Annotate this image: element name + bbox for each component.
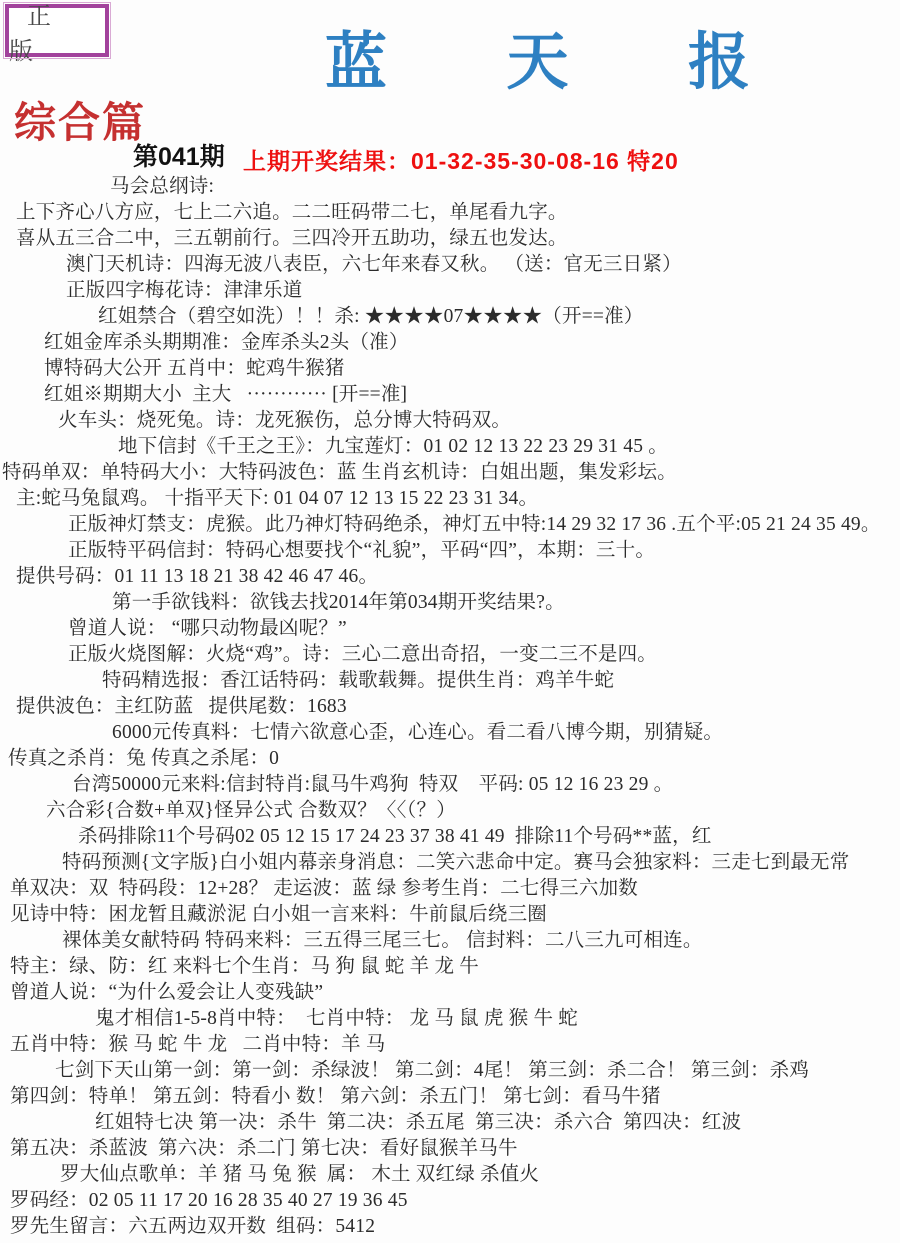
text-line: 第一手欲钱料：欲钱去找2014年第034期开奖结果?。 (0, 590, 900, 616)
text-line: 6000元传真料：七情六欲意心歪，心连心。看二看八博今期，别猜疑。 (0, 720, 900, 746)
text-line: 喜从五三合二中，三五朝前行。三四冷开五助功，绿五也发达。 (0, 226, 900, 252)
section-title: 综合篇 (14, 90, 146, 150)
text-line: 提供波色：主红防蓝 提供尾数：1683 (0, 694, 900, 720)
text-line: 正版神灯禁支：虎猴。此乃神灯特码绝杀，神灯五中特:14 29 32 17 36 … (0, 512, 900, 538)
text-line: 裸体美女献特码 特码来料：三五得三尾三七。 信封料：二八三九可相连。 (0, 928, 900, 954)
text-line: 澳门天机诗：四海无波八表臣，六七年来春又秋。 （送：官无三日紧） (0, 252, 900, 278)
text-line: 见诗中特：困龙暂且藏淤泥 白小姐一言来料：牛前鼠后绕三圈 (0, 902, 900, 928)
issue-number: 第041期 (133, 137, 225, 173)
text-line: 上下齐心八方应，七上二六追。二二旺码带二七，单尾看九字。 (0, 200, 900, 226)
text-line: 火车头：烧死兔。诗：龙死猴伤，总分博大特码双。 (0, 408, 900, 434)
text-line: 罗码经：02 05 11 17 20 16 28 35 40 27 19 36 … (0, 1188, 900, 1214)
text-line: 第五决：杀蓝波 第六决：杀二门 第七决：看好鼠猴羊马牛 (0, 1136, 900, 1162)
page: { "header": { "badge": "正 版", "title": "… (0, 0, 900, 1243)
text-line: 罗先生留言：六五两边双开数 组码：5412 (0, 1214, 900, 1240)
text-line: 六合彩{合数+单双}怪异公式 合数双？〈〈（？） (0, 798, 900, 824)
last-draw-result: 上期开奖结果：01-32-35-30-08-16 特20 (243, 143, 679, 176)
text-line: 曾道人说： “哪只动物最凶呢？” (0, 616, 900, 642)
text-line: 红姐金库杀头期期准：金库杀头2头（准） (0, 330, 900, 356)
text-line: 曾道人说：“为什么爱会让人变残缺” (0, 980, 900, 1006)
text-line: 红姐特七决 第一决：杀牛 第二决：杀五尾 第三决：杀六合 第四决：红波 (0, 1110, 900, 1136)
paper-title: 蓝 天 报 (325, 12, 802, 101)
text-line: 单双决：双 特码段：12+28？ 走运波：蓝 绿 参考生肖：二七得三六加数 (0, 876, 900, 902)
text-line: 七剑下天山第一剑：第一剑：杀绿波！ 第二剑：4尾！ 第三剑：杀二合！ 第三剑：杀… (0, 1058, 900, 1084)
text-line: 正版特平码信封：特码心想要找个“礼貌”，平码“四”，本期：三十。 (0, 538, 900, 564)
body-lines: 马会总纲诗:上下齐心八方应，七上二六追。二二旺码带二七，单尾看九字。喜从五三合二… (0, 174, 900, 1243)
text-line: 鬼才相信1-5-8肖中特： 七肖中特： 龙 马 鼠 虎 猴 牛 蛇 (0, 1006, 900, 1032)
text-line: 特码单双：单特码大小：大特码波色：蓝 生肖玄机诗：白姐出题，集发彩坛。 (0, 460, 900, 486)
text-line: 马会总纲诗: (0, 174, 900, 200)
text-line: 主:蛇马兔鼠鸡。 十指平天下: 01 04 07 12 13 15 22 23 … (0, 486, 900, 512)
text-line: 台湾50000元来料:信封特肖:鼠马牛鸡狗 特双 平码: 05 12 16 23… (0, 772, 900, 798)
text-line: 正版火烧图解：火烧“鸡”。诗：三心二意出奇招，一变二三不是四。 (0, 642, 900, 668)
text-line: 传真之杀肖：兔 传真之杀尾：0 (0, 746, 900, 772)
text-line: 特码精选报：香江话特码：载歌载舞。提供生肖：鸡羊牛蛇 (0, 668, 900, 694)
text-line: 杀码排除11个号码02 05 12 15 17 24 23 37 38 41 4… (0, 824, 900, 850)
text-line: 红姐※期期大小 主大 ············ [开==准] (0, 382, 900, 408)
text-line: 正版四字梅花诗：津津乐道 (0, 278, 900, 304)
text-line: 提供号码：01 11 13 18 21 38 42 46 47 46。 (0, 564, 900, 590)
text-line: 特码预测{文字版}白小姐内幕亲身消息：二笑六悲命中定。赛马会独家料：三走七到最无… (0, 850, 900, 876)
text-line: 博特码大公开 五肖中：蛇鸡牛猴猪 (0, 356, 900, 382)
text-line: 罗大仙点歌单：羊 猪 马 兔 猴 属： 木土 双红绿 杀值火 (0, 1162, 900, 1188)
text-line: 红姐禁合（碧空如洗）！！杀: ★★★★07★★★★（开==准） (0, 304, 900, 330)
text-line: 第四剑：特单！ 第五剑：特看小 数！ 第六剑：杀五门！ 第七剑：看马牛猪 (0, 1084, 900, 1110)
text-line: 五肖中特：猴 马 蛇 牛 龙 二肖中特：羊 马 (0, 1032, 900, 1058)
edition-badge: 正 版 (5, 4, 109, 57)
text-line: 特主：绿、防：红 来料七个生肖：马 狗 鼠 蛇 羊 龙 牛 (0, 954, 900, 980)
edition-badge-label: 正 版 (9, 0, 105, 66)
text-line: 地下信封《千王之王》：九宝莲灯：01 02 12 13 22 23 29 31 … (0, 434, 900, 460)
